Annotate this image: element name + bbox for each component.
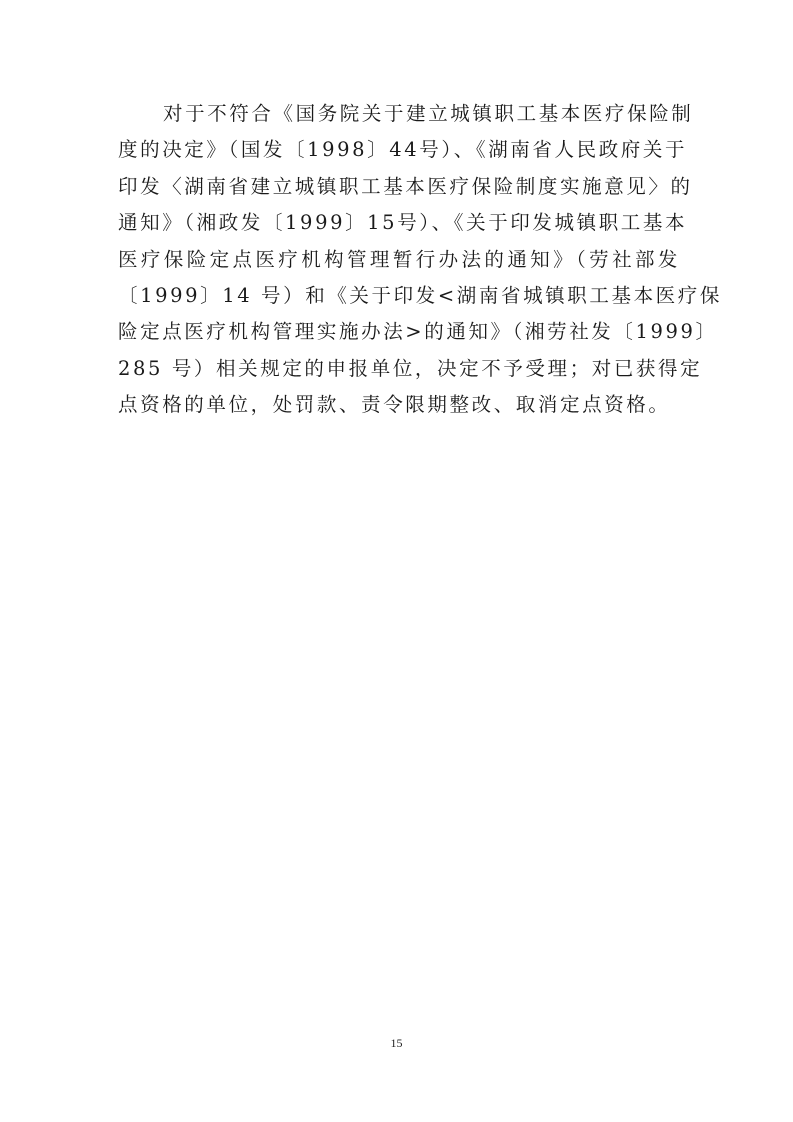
paragraph-line: 285 号）相关规定的申报单位，决定不予受理；对已获得定 xyxy=(118,351,680,387)
paragraph-line: 险定点医疗机构管理实施办法>的通知》（湘劳社发〔1999〕 xyxy=(118,314,680,350)
body-paragraph: 对于不符合《国务院关于建立城镇职工基本医疗保险制 度的决定》（国发〔1998〕4… xyxy=(118,96,680,424)
paragraph-line: 印发〈湖南省建立城镇职工基本医疗保险制度实施意见〉的 xyxy=(118,169,680,205)
paragraph-line: 通知》（湘政发〔1999〕15号）、《关于印发城镇职工基本 xyxy=(118,205,680,241)
page-number: 15 xyxy=(0,1036,793,1051)
paragraph-line: 〔1999〕14 号）和《关于印发<湖南省城镇职工基本医疗保 xyxy=(118,278,680,314)
paragraph-line: 对于不符合《国务院关于建立城镇职工基本医疗保险制 xyxy=(118,96,680,132)
paragraph-line: 医疗保险定点医疗机构管理暂行办法的通知》（劳社部发 xyxy=(118,242,680,278)
paragraph-line: 度的决定》（国发〔1998〕44号）、《湖南省人民政府关于 xyxy=(118,132,680,168)
paragraph-line: 点资格的单位，处罚款、责令限期整改、取消定点资格。 xyxy=(118,387,680,423)
document-page: 对于不符合《国务院关于建立城镇职工基本医疗保险制 度的决定》（国发〔1998〕4… xyxy=(0,0,793,1122)
